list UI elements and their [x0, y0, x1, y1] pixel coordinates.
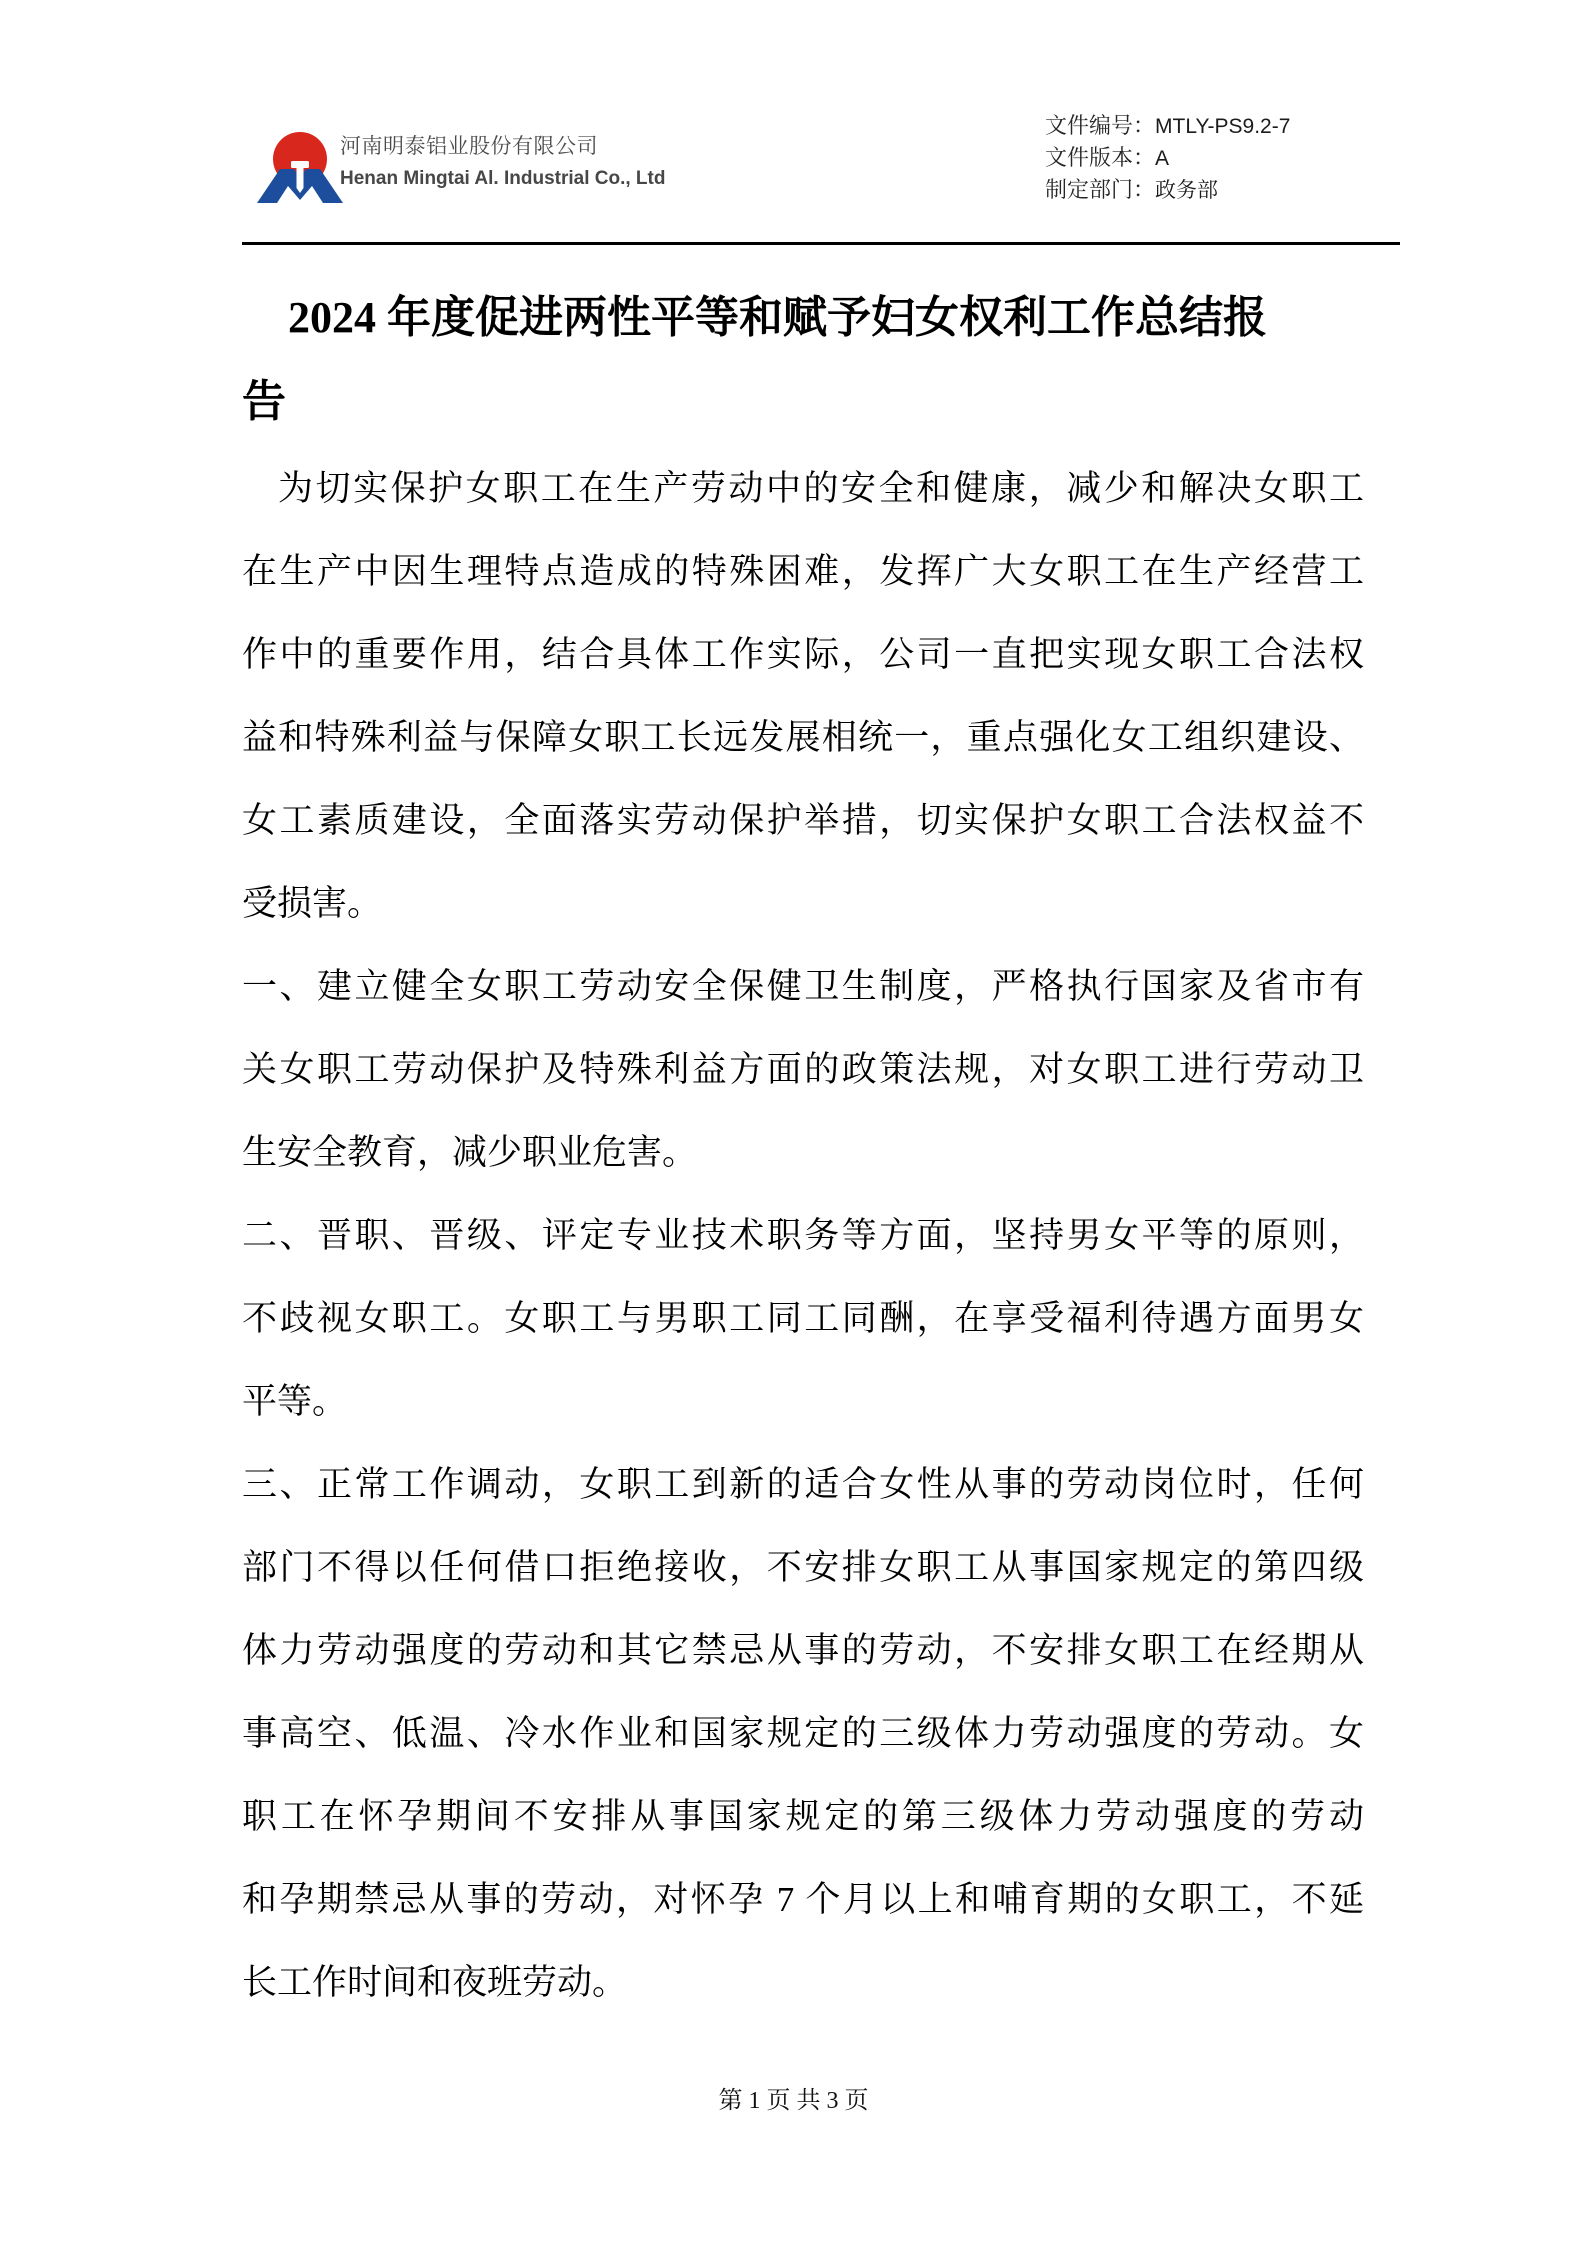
body-line: 职工在怀孕期间不安排从事国家规定的第三级体力劳动强度的劳动 [242, 1775, 1364, 1858]
doc-meta-row-department: 制定部门：政务部 [1045, 174, 1290, 206]
body-line: 不歧视女职工。女职工与男职工同工同酬，在享受福利待遇方面男女 [242, 1277, 1364, 1360]
document-page: 河南明泰铝业股份有限公司 Henan Mingtai Al. Industria… [0, 0, 1587, 2245]
body-line: 二、晋职、晋级、评定专业技术职务等方面，坚持男女平等的原则， [242, 1194, 1364, 1277]
doc-meta-block: 文件编号：MTLY-PS9.2-7 文件版本：A 制定部门：政务部 [1045, 110, 1290, 206]
body-line: 为切实保护女职工在生产劳动中的安全和健康，减少和解决女职工 [242, 447, 1364, 530]
body-line: 体力劳动强度的劳动和其它禁忌从事的劳动，不安排女职工在经期从 [242, 1609, 1364, 1692]
body-line: 和孕期禁忌从事的劳动，对怀孕 7 个月以上和哺育期的女职工，不延 [242, 1858, 1364, 1941]
body-line: 女工素质建设，全面落实劳动保护举措，切实保护女职工合法权益不 [242, 779, 1364, 862]
body-line: 受损害。 [242, 862, 1364, 945]
body-line: 一、建立健全女职工劳动安全保健卫生制度，严格执行国家及省市有 [242, 945, 1364, 1028]
body-line: 长工作时间和夜班劳动。 [242, 1941, 1364, 2024]
doc-number-label: 文件编号： [1045, 113, 1155, 138]
doc-version-label: 文件版本： [1045, 145, 1155, 170]
company-name-en: Henan Mingtai Al. Industrial Co., Ltd [340, 166, 665, 192]
page-number: 第 1 页 共 3 页 [719, 2088, 869, 2114]
body-line: 三、正常工作调动，女职工到新的适合女性从事的劳动岗位时，任何 [242, 1443, 1364, 1526]
body-line: 事高空、低温、冷水作业和国家规定的三级体力劳动强度的劳动。女 [242, 1692, 1364, 1775]
company-name-zh: 河南明泰铝业股份有限公司 [340, 132, 598, 160]
body-line: 平等。 [242, 1360, 1364, 1443]
company-logo-icon [255, 132, 347, 206]
body-line: 关女职工劳动保护及特殊利益方面的政策法规，对女职工进行劳动卫 [242, 1028, 1364, 1111]
body-line: 生安全教育，减少职业危害。 [242, 1111, 1364, 1194]
doc-number-value: MTLY-PS9.2-7 [1155, 115, 1290, 138]
body-line: 益和特殊利益与保障女职工长远发展相统一，重点强化女工组织建设、 [242, 696, 1364, 779]
title-line: 告 [242, 360, 1367, 444]
body-line: 作中的重要作用，结合具体工作实际，公司一直把实现女职工合法权 [242, 613, 1364, 696]
doc-meta-row-version: 文件版本：A [1045, 142, 1290, 174]
document-title: 2024 年度促进两性平等和赋予妇女权利工作总结报 告 [242, 276, 1367, 444]
body-line: 部门不得以任何借口拒绝接收，不安排女职工从事国家规定的第四级 [242, 1526, 1364, 1609]
body-line: 在生产中因生理特点造成的特殊困难，发挥广大女职工在生产经营工 [242, 530, 1364, 613]
page-footer: 第 1 页 共 3 页 [0, 2080, 1587, 2115]
doc-department-value: 政务部 [1155, 179, 1218, 202]
document-body: 为切实保护女职工在生产劳动中的安全和健康，减少和解决女职工在生产中因生理特点造成… [242, 447, 1364, 2024]
title-line: 2024 年度促进两性平等和赋予妇女权利工作总结报 [242, 276, 1367, 360]
doc-department-label: 制定部门： [1045, 177, 1155, 202]
doc-version-value: A [1155, 147, 1169, 170]
header-divider [242, 242, 1400, 245]
doc-meta-row-number: 文件编号：MTLY-PS9.2-7 [1045, 110, 1290, 142]
